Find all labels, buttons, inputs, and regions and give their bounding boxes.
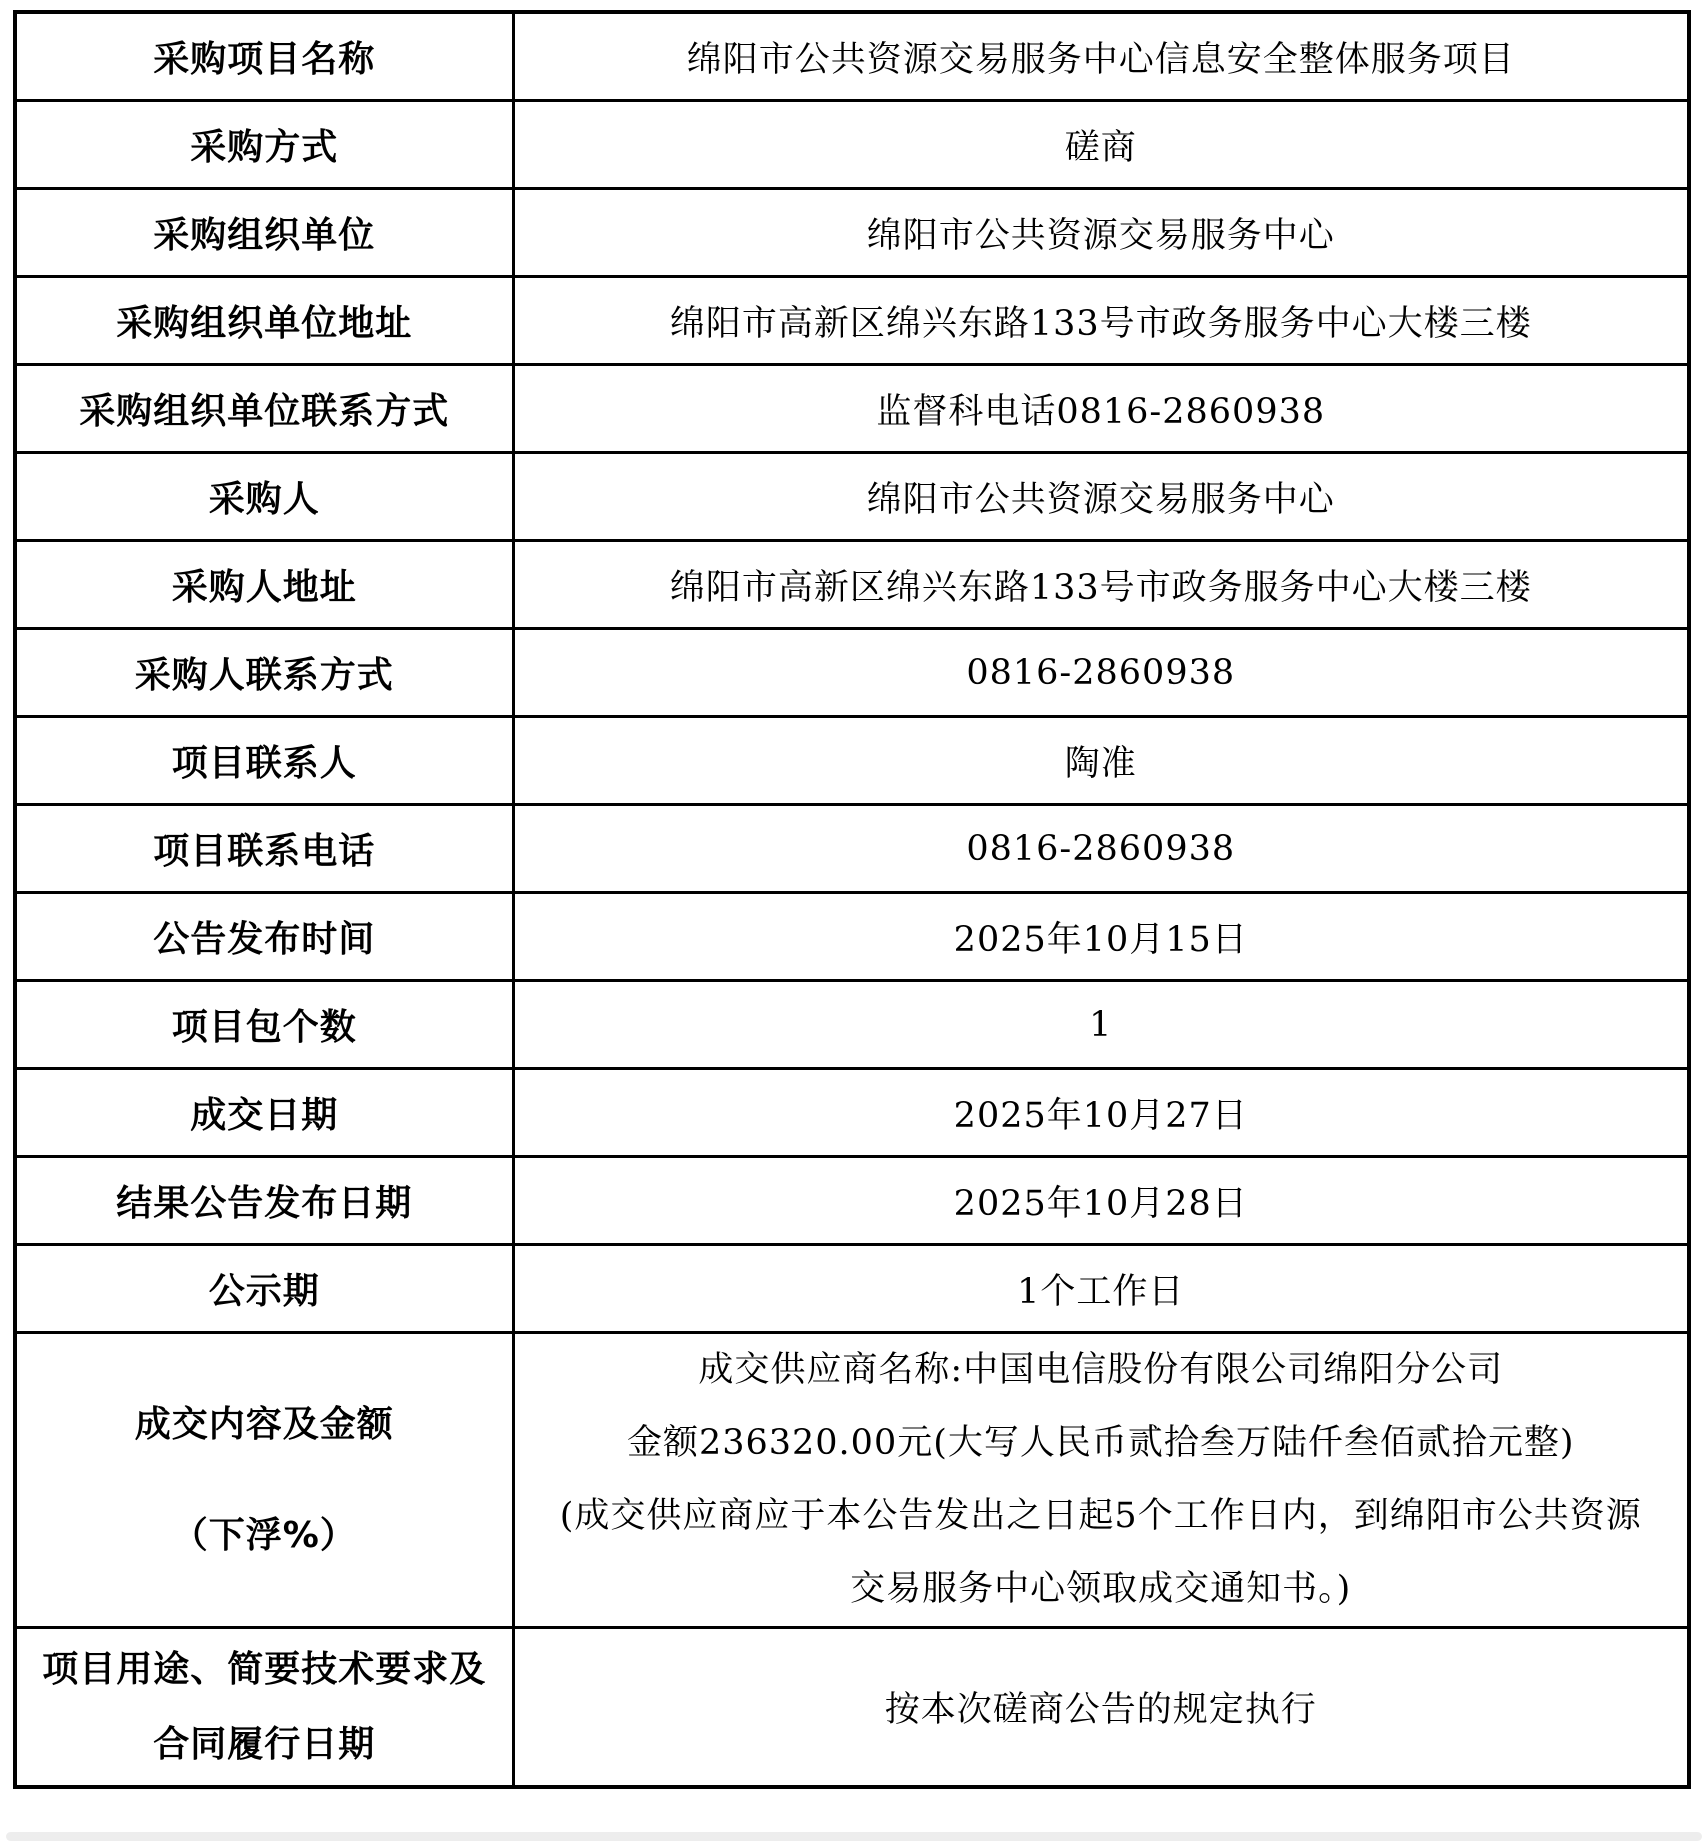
table-row: 采购方式 磋商: [15, 101, 1689, 189]
table-row: 采购人联系方式 0816-2860938: [15, 629, 1689, 717]
row-label-project-name: 采购项目名称: [15, 12, 513, 101]
table-row: 采购人 绵阳市公共资源交易服务中心: [15, 453, 1689, 541]
value-line: 成交供应商名称:中国电信股份有限公司绵阳分公司: [529, 1334, 1674, 1407]
table-row: 采购人地址 绵阳市高新区绵兴东路133号市政务服务中心大楼三楼: [15, 541, 1689, 629]
row-label-purchaser-contact: 采购人联系方式: [15, 629, 513, 717]
row-label-result-announcement-date: 结果公告发布日期: [15, 1157, 513, 1245]
row-value-organizing-unit: 绵阳市公共资源交易服务中心: [513, 189, 1689, 277]
table-row: 成交内容及金额 （下浮%） 成交供应商名称:中国电信股份有限公司绵阳分公司 金额…: [15, 1333, 1689, 1628]
row-value-package-count: 1: [513, 981, 1689, 1069]
label-line: （下浮%）: [31, 1498, 498, 1573]
row-value-award-content-amount: 成交供应商名称:中国电信股份有限公司绵阳分公司 金额236320.00元(大写人…: [513, 1333, 1689, 1628]
row-label-package-count: 项目包个数: [15, 981, 513, 1069]
row-value-result-announcement-date: 2025年10月28日: [513, 1157, 1689, 1245]
table-row: 公告发布时间 2025年10月15日: [15, 893, 1689, 981]
table-row: 结果公告发布日期 2025年10月28日: [15, 1157, 1689, 1245]
row-value-project-contact-phone: 0816-2860938: [513, 805, 1689, 893]
table-row: 采购项目名称 绵阳市公共资源交易服务中心信息安全整体服务项目: [15, 12, 1689, 101]
row-label-purchaser-address: 采购人地址: [15, 541, 513, 629]
table-row: 项目包个数 1: [15, 981, 1689, 1069]
row-label-procurement-method: 采购方式: [15, 101, 513, 189]
label-line: 成交内容及金额: [31, 1387, 498, 1462]
table-row: 公示期 1个工作日: [15, 1245, 1689, 1333]
row-label-publicity-period: 公示期: [15, 1245, 513, 1333]
row-value-announcement-date: 2025年10月15日: [513, 893, 1689, 981]
row-label-organizing-unit-address: 采购组织单位地址: [15, 277, 513, 365]
table-row: 项目用途、简要技术要求及 合同履行日期 按本次磋商公告的规定执行: [15, 1628, 1689, 1788]
row-value-purchaser-contact: 0816-2860938: [513, 629, 1689, 717]
value-line: 交易服务中心领取成交通知书。): [529, 1553, 1674, 1626]
row-value-publicity-period: 1个工作日: [513, 1245, 1689, 1333]
row-label-organizing-unit: 采购组织单位: [15, 189, 513, 277]
label-line: 合同履行日期: [31, 1707, 498, 1782]
row-value-purchaser: 绵阳市公共资源交易服务中心: [513, 453, 1689, 541]
label-line: 项目用途、简要技术要求及: [31, 1632, 498, 1707]
procurement-announcement-table: 采购项目名称 绵阳市公共资源交易服务中心信息安全整体服务项目 采购方式 磋商 采…: [13, 10, 1691, 1789]
row-value-project-name: 绵阳市公共资源交易服务中心信息安全整体服务项目: [513, 12, 1689, 101]
value-line: 金额236320.00元(大写人民币贰拾叁万陆仟叁佰贰拾元整): [529, 1407, 1674, 1480]
row-label-project-contact-person: 项目联系人: [15, 717, 513, 805]
document-page: 采购项目名称 绵阳市公共资源交易服务中心信息安全整体服务项目 采购方式 磋商 采…: [0, 0, 1702, 1841]
table-row: 采购组织单位地址 绵阳市高新区绵兴东路133号市政务服务中心大楼三楼: [15, 277, 1689, 365]
row-value-organizing-unit-address: 绵阳市高新区绵兴东路133号市政务服务中心大楼三楼: [513, 277, 1689, 365]
row-value-award-date: 2025年10月27日: [513, 1069, 1689, 1157]
row-label-project-purpose: 项目用途、简要技术要求及 合同履行日期: [15, 1628, 513, 1788]
horizontal-scrollbar[interactable]: [6, 1832, 1702, 1841]
row-label-project-contact-phone: 项目联系电话: [15, 805, 513, 893]
row-label-award-content-amount: 成交内容及金额 （下浮%）: [15, 1333, 513, 1628]
table-row: 采购组织单位联系方式 监督科电话0816-2860938: [15, 365, 1689, 453]
row-label-organizing-unit-contact: 采购组织单位联系方式: [15, 365, 513, 453]
row-value-project-contact-person: 陶准: [513, 717, 1689, 805]
row-label-purchaser: 采购人: [15, 453, 513, 541]
row-value-procurement-method: 磋商: [513, 101, 1689, 189]
table-row: 项目联系电话 0816-2860938: [15, 805, 1689, 893]
row-value-project-purpose: 按本次磋商公告的规定执行: [513, 1628, 1689, 1788]
row-label-announcement-date: 公告发布时间: [15, 893, 513, 981]
row-value-purchaser-address: 绵阳市高新区绵兴东路133号市政务服务中心大楼三楼: [513, 541, 1689, 629]
row-label-award-date: 成交日期: [15, 1069, 513, 1157]
table-row: 项目联系人 陶准: [15, 717, 1689, 805]
value-line: (成交供应商应于本公告发出之日起5个工作日内，到绵阳市公共资源: [529, 1480, 1674, 1553]
table-row: 采购组织单位 绵阳市公共资源交易服务中心: [15, 189, 1689, 277]
row-value-organizing-unit-contact: 监督科电话0816-2860938: [513, 365, 1689, 453]
table-row: 成交日期 2025年10月27日: [15, 1069, 1689, 1157]
